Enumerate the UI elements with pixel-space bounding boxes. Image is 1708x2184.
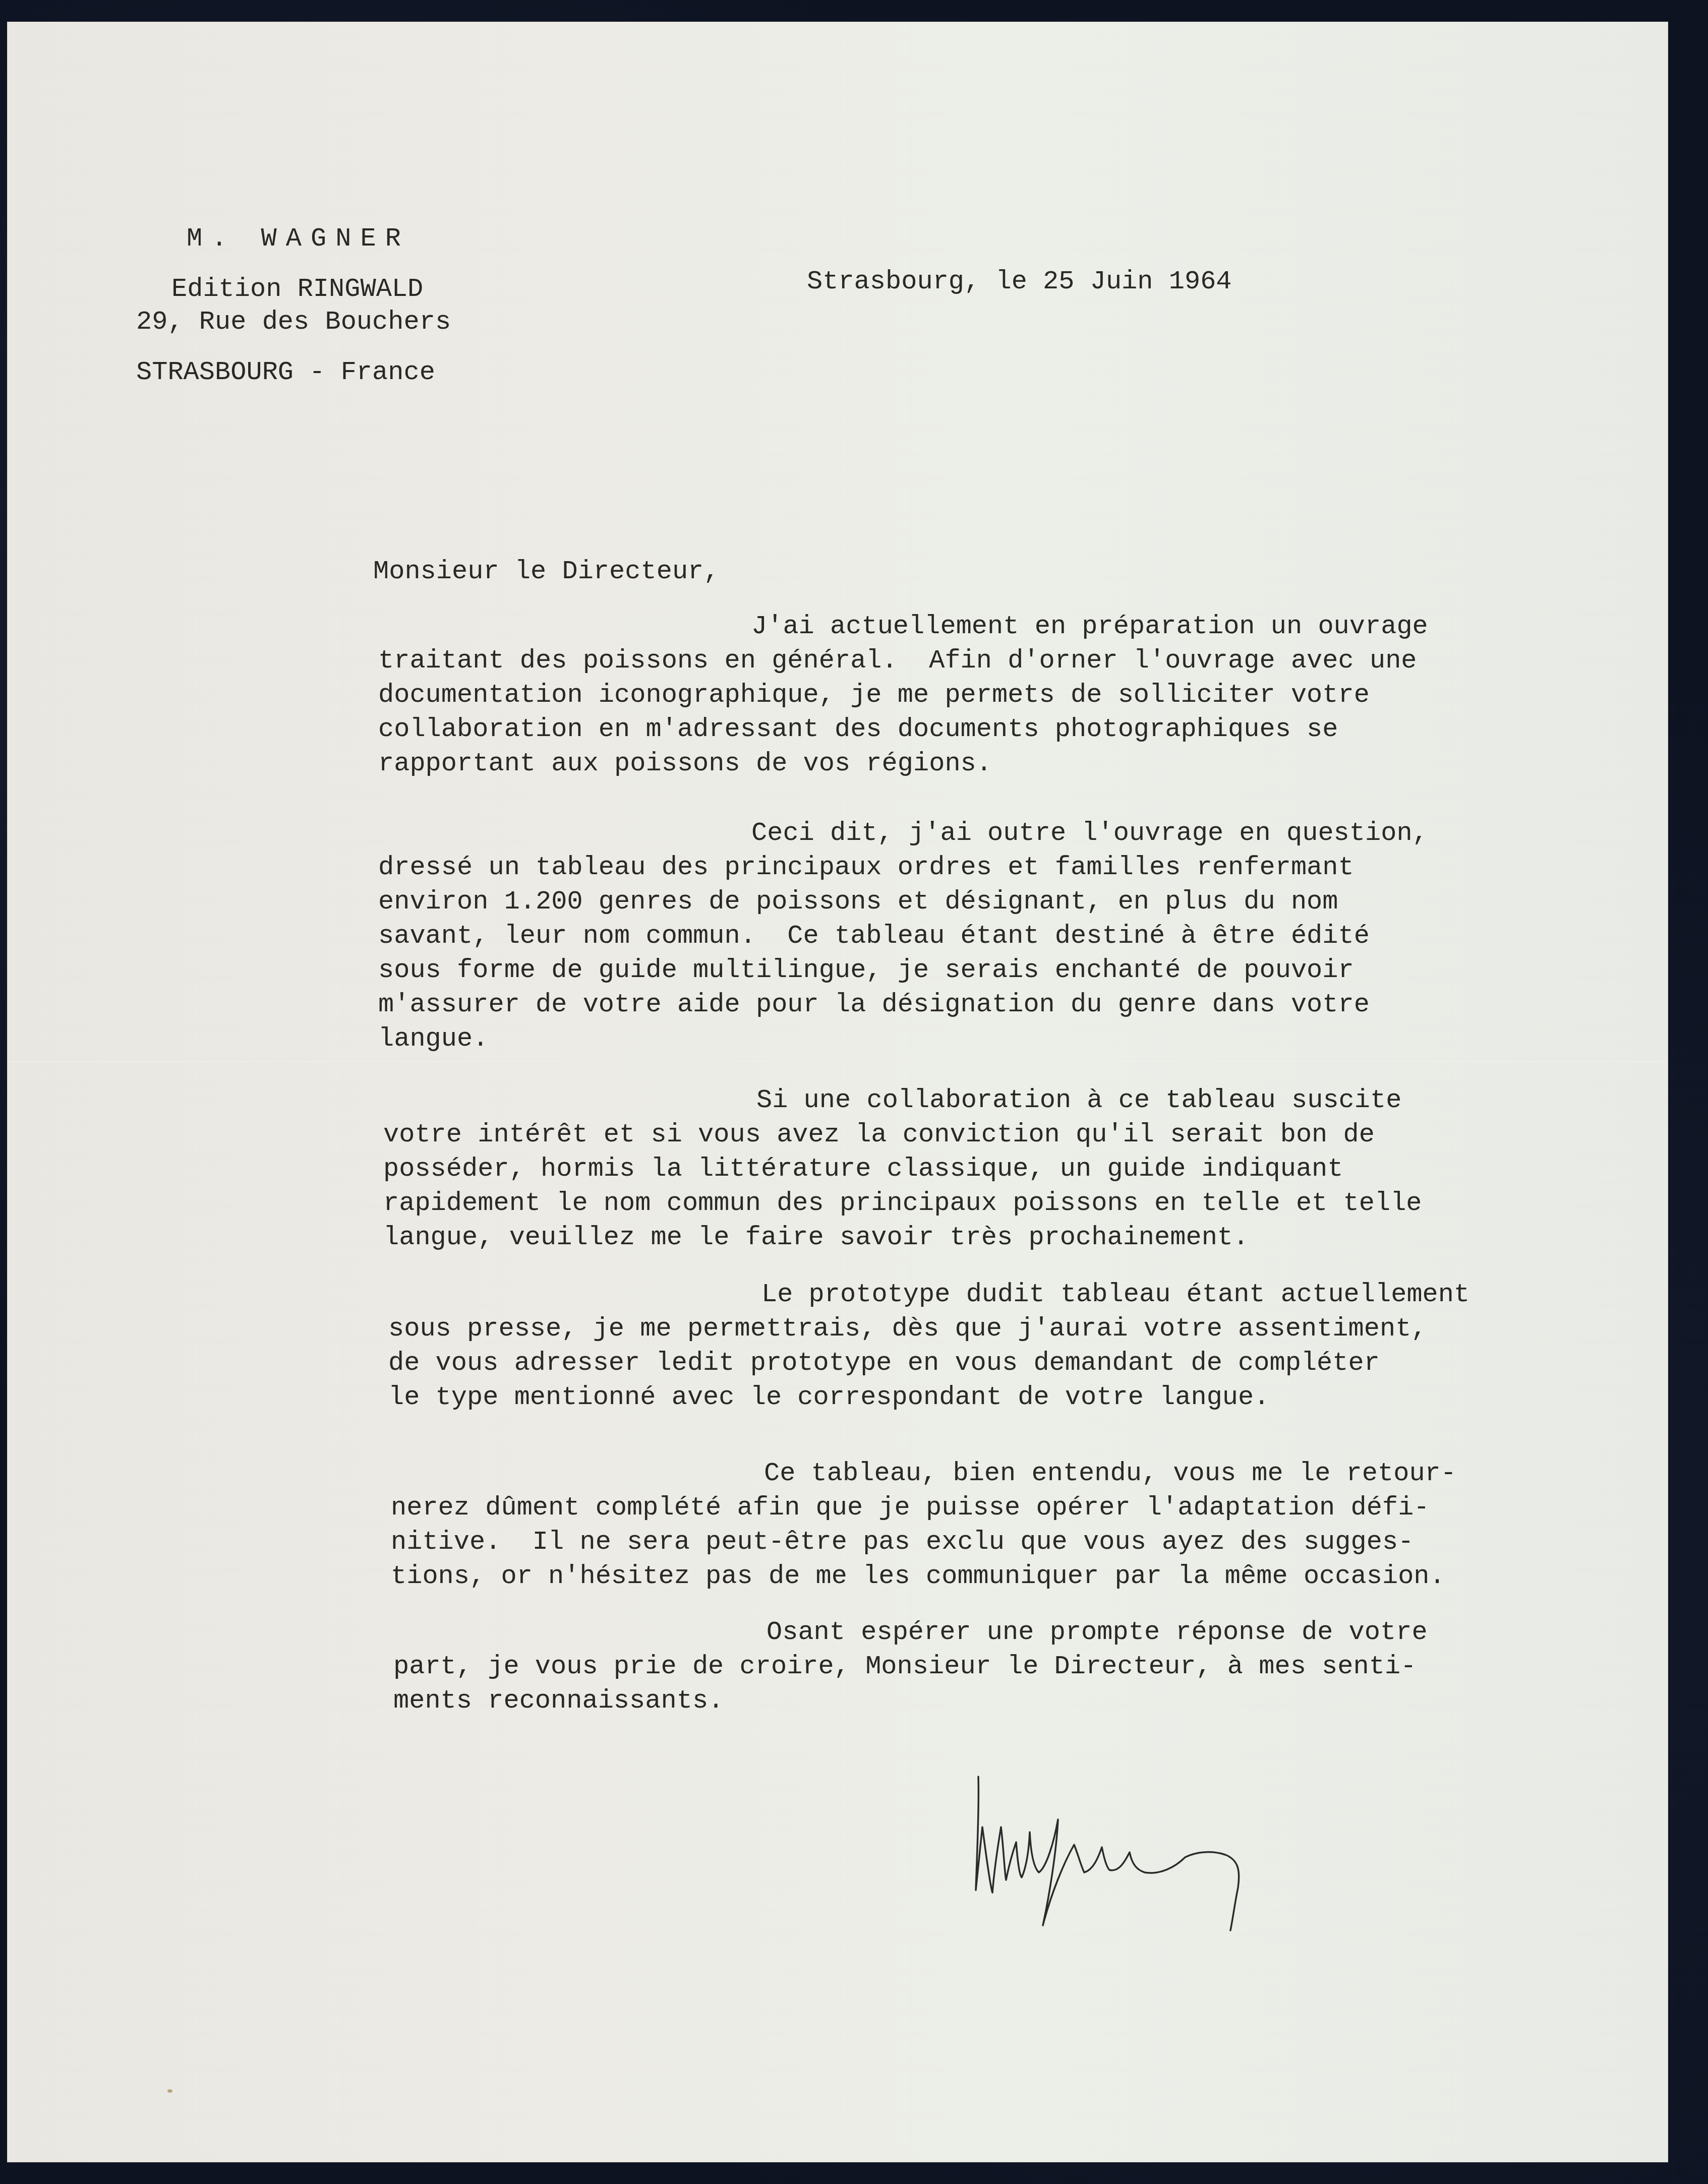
body-paragraph-5: Ce tableau, bien entendu, vous me le ret… (391, 1457, 1456, 1594)
date-line: Strasbourg, le 25 Juin 1964 (807, 267, 1232, 296)
paragraph-line: traitant des poissons en général. Afin d… (378, 644, 1428, 678)
paragraph-line: environ 1.200 genres de poissons et dési… (378, 885, 1428, 919)
paragraph-line: collaboration en m'adressant des documen… (378, 712, 1428, 747)
paragraph-line: posséder, hormis la littérature classiqu… (383, 1152, 1422, 1186)
sender-city: STRASBOURG - France (136, 357, 435, 387)
paragraph-line: Le prototype dudit tableau étant actuell… (388, 1278, 1469, 1312)
body-paragraph-2: Ceci dit, j'ai outre l'ouvrage en questi… (378, 816, 1428, 1056)
body-paragraph-4: Le prototype dudit tableau étant actuell… (388, 1278, 1469, 1415)
body-paragraph-3: Si une collaboration à ce tableau suscit… (383, 1083, 1422, 1255)
paragraph-line: rapportant aux poissons de vos régions. (378, 747, 1428, 781)
paragraph-line: savant, leur nom commun. Ce tableau étan… (378, 919, 1428, 953)
sender-company: Edition RINGWALD (171, 274, 423, 304)
body-paragraph-1: J'ai actuellement en préparation un ouvr… (378, 610, 1428, 781)
paragraph-line: dressé un tableau des principaux ordres … (378, 851, 1428, 885)
closing-paragraph: Osant espérer une prompte réponse de vot… (393, 1615, 1428, 1718)
paper-stain (167, 2089, 172, 2093)
paragraph-line: Ceci dit, j'ai outre l'ouvrage en questi… (378, 816, 1428, 851)
letter-sheet: M. WAGNER Edition RINGWALD 29, Rue des B… (8, 22, 1668, 2162)
paragraph-line: Ce tableau, bien entendu, vous me le ret… (391, 1457, 1456, 1491)
handwritten-signature (958, 1767, 1261, 1933)
paragraph-line: votre intérêt et si vous avez la convict… (383, 1118, 1422, 1152)
paragraph-line: rapidement le nom commun des principaux … (383, 1186, 1422, 1221)
paragraph-line: part, je vous prie de croire, Monsieur l… (393, 1650, 1428, 1684)
paragraph-line: nerez dûment complété afin que je puisse… (391, 1491, 1456, 1525)
sender-street: 29, Rue des Bouchers (136, 307, 451, 337)
salutation: Monsieur le Directeur, (373, 557, 720, 586)
horizontal-fold-crease (8, 1061, 1668, 1062)
paragraph-line: sous presse, je me permettrais, dès que … (388, 1312, 1469, 1346)
paragraph-line: le type mentionné avec le correspondant … (388, 1380, 1469, 1415)
paragraph-line: Osant espérer une prompte réponse de vot… (393, 1615, 1428, 1650)
paragraph-line: tions, or n'hésitez pas de me les commun… (391, 1559, 1456, 1594)
paragraph-line: J'ai actuellement en préparation un ouvr… (378, 610, 1428, 644)
paragraph-line: nitive. Il ne sera peut-être pas exclu q… (391, 1525, 1456, 1559)
signature-icon (958, 1767, 1261, 1933)
paragraph-line: documentation iconographique, je me perm… (378, 678, 1428, 712)
paragraph-line: langue. (378, 1022, 1428, 1056)
paragraph-line: ments reconnaissants. (393, 1684, 1428, 1718)
paragraph-line: Si une collaboration à ce tableau suscit… (383, 1083, 1422, 1118)
paragraph-line: langue, veuillez me le faire savoir très… (383, 1221, 1422, 1255)
paragraph-line: de vous adresser ledit prototype en vous… (388, 1346, 1469, 1380)
paragraph-line: sous forme de guide multilingue, je sera… (378, 953, 1428, 988)
sender-name: M. WAGNER (187, 224, 410, 254)
paragraph-line: m'assurer de votre aide pour la désignat… (378, 988, 1428, 1022)
